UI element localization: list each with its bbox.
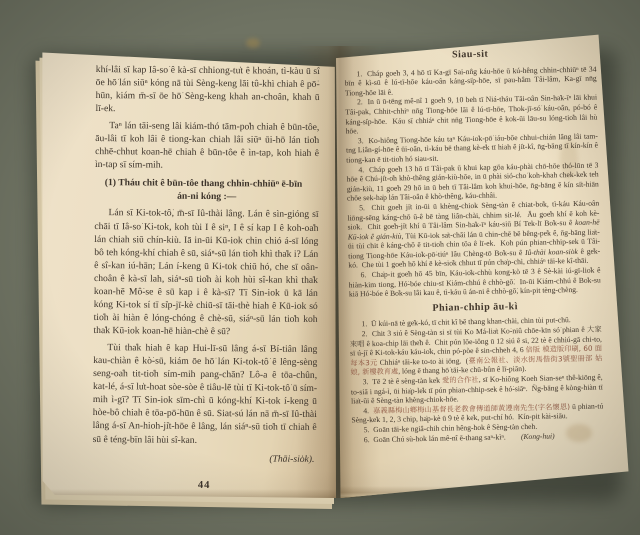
text-run: 愛的合作社	[442, 375, 479, 385]
text-run: (Kong-hui)	[521, 431, 555, 441]
news-item: 5. Chit goe̍h ji̍t in-ūi ū khèng-chiok S…	[347, 198, 600, 270]
book-photo-scene: khí-lâi sī kap Iâ-so͘ ê kà-sī chhiong-tu…	[0, 0, 640, 535]
text-run: 5. Chit goe̍h ji̍t in-ūi ū khèng-chiok S…	[347, 198, 601, 231]
section-heading-line: án-ni kóng :—	[95, 189, 319, 204]
text-run: 4. Cháp goe̍h 13 hō tī Tâi-pak ū khui ka…	[347, 160, 601, 203]
paragraph: Taⁿ lán tāi-seng lâi kiám-thó tām-po̍h c…	[95, 119, 319, 173]
text-run: Iû-thài koan-sio̍k	[525, 247, 578, 257]
postscript-item: 2. Chit 3 siú ê Sèng-tàn si sī tùi Ko Má…	[350, 324, 603, 377]
news-item: 6. Cha̍p-it goe̍h hō 45 bīn, Káu-io̍k-ch…	[348, 266, 601, 300]
page-number: 44	[92, 478, 316, 493]
paper-stain	[246, 38, 260, 48]
news-item: 4. Cháp goe̍h 13 hō tī Tâi-pak ū khui ka…	[346, 160, 599, 203]
left-page-text: khí-lâi sī kap Iâ-so͘ ê kà-sī chhiong-tu…	[92, 63, 320, 493]
text-run: 2. In ū ū-tēng mê-nî 1 goe̍h 9, 10 beh t…	[345, 93, 599, 136]
text-run: 3. Ko-hiông Tiong-hōe káu taⁿ Káu-io̍k-p…	[346, 131, 600, 164]
section-title: Phian-chhip āu-kì	[349, 300, 601, 315]
paragraph: Tùi tha̍k hiah ê kap Hui-lī-sū lâng á-sī…	[93, 341, 318, 448]
section-heading: (1) Tháu chit ê būn-tôe thang chhin-chhi…	[95, 176, 319, 204]
text-run: 1. Cháp goe̍h 3, 4 hō tī Ka-gī Sai-nn̂g …	[345, 64, 599, 97]
section-title: Siau-sit	[344, 48, 596, 63]
paragraph: khí-lâi sī kap Iâ-so͘ ê kà-sī chhiong-tu…	[95, 63, 319, 117]
continuation-note: (Thāi-sio̍k).	[92, 451, 316, 466]
right-page-text: Siau-sit 1. Cháp goe̍h 3, 4 hō tī Ka-gī …	[344, 48, 604, 445]
section-heading-line: (1) Tháu chit ê būn-tôe thang chhin-chhi…	[95, 176, 319, 191]
text-run: 4.	[363, 406, 373, 415]
news-item: 2. In ū ū-tēng mê-nî 1 goe̍h 9, 10 beh t…	[345, 93, 598, 136]
paragraph: Lán sī Ki-tok-tô͘, m̄-sī Iû-thài lâng. L…	[93, 206, 318, 339]
text-run: 6. Cha̍p-it goe̍h hō 45 bīn, Káu-io̍k-ch…	[349, 265, 603, 298]
